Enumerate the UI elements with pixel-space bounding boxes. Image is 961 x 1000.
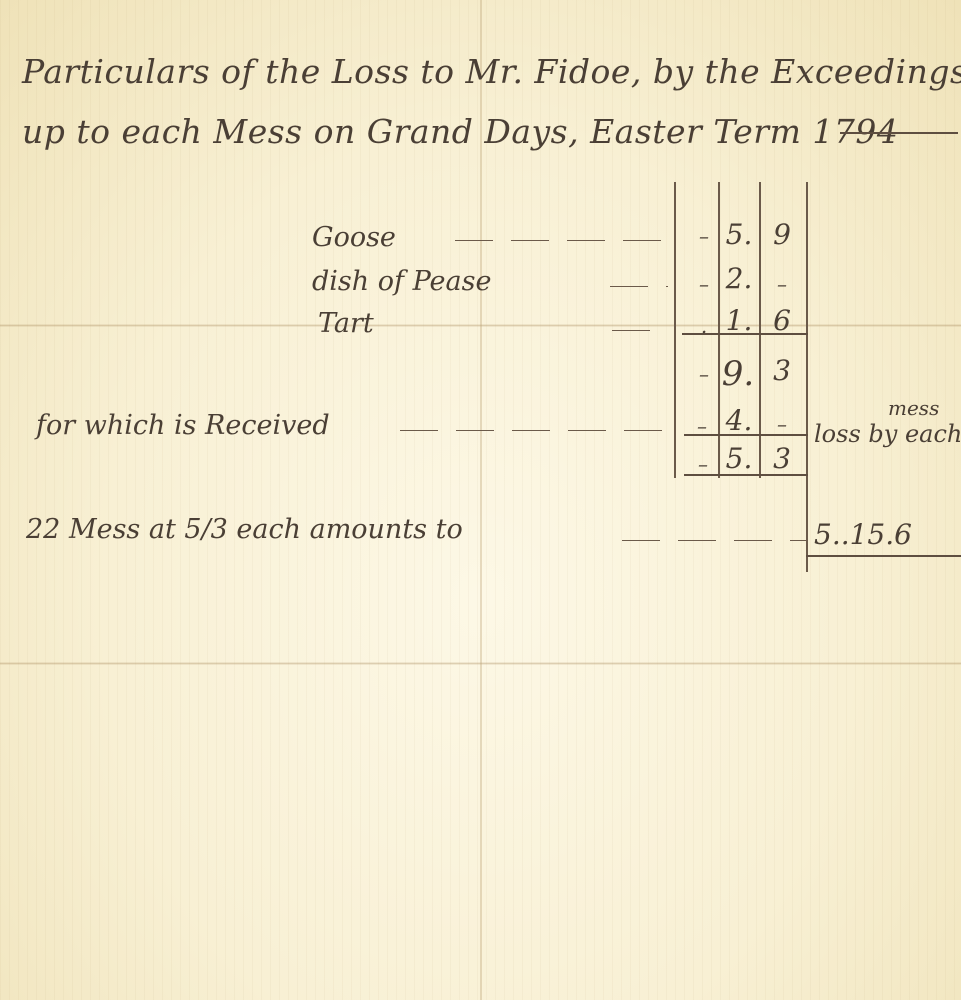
item-pounds: – [694, 272, 714, 296]
total-rule [806, 555, 961, 557]
total-label: 22 Mess at 5/3 each amounts to [26, 514, 463, 545]
item-shillings: 2. [722, 262, 756, 295]
item-pounds: – [694, 224, 714, 248]
subtotal-shillings: 9. [720, 354, 756, 394]
received-shillings: 4. [722, 404, 756, 437]
item-pence: – [762, 272, 802, 296]
received-label: for which is Received [36, 410, 330, 441]
loss-note-mess: mess [888, 396, 939, 420]
loss-note-by-each: loss by each [814, 420, 961, 448]
item-shillings: 1. [722, 304, 756, 337]
subtotal-pounds: – [694, 362, 714, 386]
ledger-column-rule [674, 182, 676, 478]
item-pence: 9 [762, 218, 802, 251]
loss-pounds: – [692, 452, 714, 476]
ledger-column-rule [806, 182, 808, 572]
leader-dashes [622, 540, 806, 541]
leader-dashes [610, 286, 668, 287]
document-title-line-1: Particulars of the Loss to Mr. Fidoe, by… [22, 52, 961, 91]
item-pence: 6 [762, 304, 802, 337]
leader-dashes [612, 330, 668, 331]
loss-shillings: 5. [722, 442, 756, 475]
item-label: Tart [318, 308, 374, 339]
manuscript-page: Particulars of the Loss to Mr. Fidoe, by… [0, 0, 961, 1000]
received-pence: – [762, 412, 802, 436]
item-pounds: . [694, 314, 714, 338]
leader-dashes [455, 240, 667, 241]
received-pounds: – [690, 414, 714, 438]
document-title-line-2: up to each Mess on Grand Days, Easter Te… [22, 112, 898, 151]
item-label: Goose [312, 222, 396, 253]
title-underline [840, 132, 958, 134]
leader-dashes [400, 430, 668, 431]
total-amount: 5..15.6 [814, 518, 912, 551]
item-shillings: 5. [722, 218, 756, 251]
loss-pence: 3 [762, 442, 802, 475]
item-label: dish of Pease [312, 266, 491, 297]
subtotal-pence: 3 [762, 354, 802, 387]
